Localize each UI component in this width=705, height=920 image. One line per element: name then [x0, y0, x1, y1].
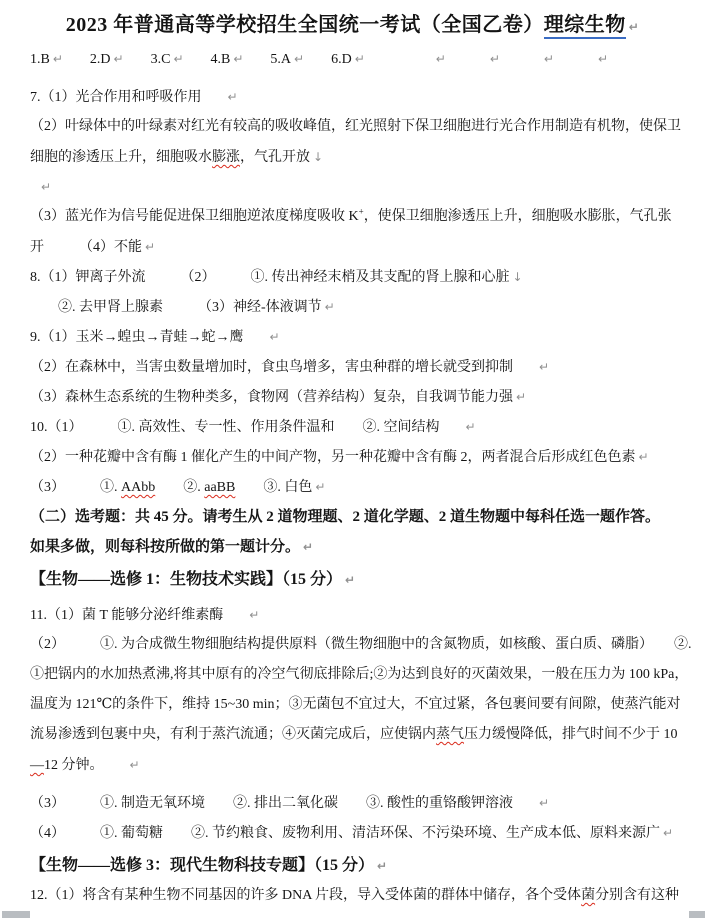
doc-line: （3） ①. 制造无氧环境 ②. 排出二氧化碳 ③. 酸性的重铬酸钾溶液↵ — [30, 788, 675, 818]
pilcrow-mark: ↵ — [345, 573, 355, 587]
doc-line: 11.（1）菌 T 能够分泌纤维素酶↵ — [30, 600, 675, 630]
misspelled-run: 菌 — [581, 888, 595, 903]
doc-line: 细胞的渗透压上升，细胞吸水膨涨，气孔开放↓ — [30, 142, 675, 172]
doc-line: —12 分钟。↵ — [30, 750, 675, 780]
pilcrow-mark: ↵ — [539, 796, 549, 810]
doc-line: （2）在森林中，当害虫数量增加时，食虫鸟增多，害虫种群的增长就受到抑制↵ — [30, 352, 675, 382]
text-run: （3） ①. 制造无氧环境 ②. 排出二氧化碳 ③. 酸性的重铬酸钾溶液 — [30, 796, 513, 811]
doc-line: （3）蓝光作为信号能促进保卫细胞逆浓度梯度吸收 K+，使保卫细胞渗透压上升，细胞… — [30, 202, 675, 232]
text-run: 9.（1）玉米→蝗虫→青蛙→蛇→鹰 — [30, 330, 244, 345]
doc-line: （2）叶绿体中的叶绿素对红光有较高的吸收峰值，红光照射下保卫细胞进行光合作用制造… — [30, 112, 675, 142]
pilcrow-mark: ↵ — [355, 52, 365, 66]
answer-item: 6.D↵ — [331, 52, 365, 67]
doc-line: 12.（1）将含有某种生物不同基因的许多 DNA 片段，导入受体菌的群体中储存，… — [30, 881, 675, 911]
title-underlined-subject: 理综生物 — [544, 14, 626, 39]
section-heading: （二）选考题：共 45 分。请考生从 2 道物理题、2 道化学题、2 道生物题中… — [30, 502, 675, 532]
text-run: 分别含有这种 — [595, 888, 679, 903]
misspelled-run: 膨涨 — [212, 150, 240, 165]
text-run: 细胞的渗透压上升，细胞吸水 — [30, 150, 212, 165]
doc-line: 流易渗透到包裹中央，有利于蒸汽流通；④灭菌完成后，应使锅内蒸气压力缓慢降低，排气… — [30, 720, 675, 750]
title-main: 2023 年普通高等学校招生全国统一考试（全国乙卷） — [66, 14, 544, 36]
doc-line: ②. 去甲肾上腺素 （3）神经-体液调节↵ — [30, 292, 675, 322]
text-run: 10.（1） ①. 高效性、专一性、作用条件温和 ②. 空间结构 — [30, 420, 440, 435]
doc-line: （4） ①. 葡萄糖 ②. 节约粮食、废物利用、清洁环保、不污染环境、生产成本低… — [30, 818, 675, 848]
pilcrow-mark: ↵ — [270, 330, 280, 344]
pilcrow-mark: ↵ — [228, 90, 238, 104]
empty-paragraph: ↵ — [30, 172, 675, 202]
text-run: 12.（1）将含有某种生物不同基因的许多 DNA 片段，导入受体菌的群体中储存，… — [30, 888, 581, 903]
text-run: 【生物——选修 3：现代生物科技专题】（15 分） — [30, 857, 374, 874]
answer-item: 1.B↵ — [30, 52, 63, 67]
pilcrow-mark: ↵ — [315, 480, 325, 494]
section-heading: 如果多做，则每科按所做的第一题计分。↵ — [30, 532, 675, 562]
pilcrow-mark: ↵ — [639, 450, 649, 464]
text-run: ③. 白色 — [235, 480, 312, 495]
pilcrow-mark: ↵ — [53, 52, 63, 66]
pilcrow-mark: ↵ — [436, 52, 446, 66]
pilcrow-mark: ↵ — [663, 826, 673, 840]
text-run: ②. — [155, 480, 204, 495]
pilcrow-mark: ↵ — [466, 420, 476, 434]
answer-item: 3.C↵ — [151, 52, 184, 67]
text-run: 11.（1）菌 T 能够分泌纤维素酶 — [30, 608, 223, 623]
answer-text: 2.D — [90, 52, 111, 67]
answer-text: 5.A — [270, 52, 291, 67]
pilcrow-mark: ↵ — [377, 859, 387, 873]
pilcrow-mark: ↵ — [598, 52, 608, 66]
text-run: 如果多做，则每科按所做的第一题计分。 — [30, 539, 300, 555]
text-run: （2）叶绿体中的叶绿素对红光有较高的吸收峰值，红光照射下保卫细胞进行光合作用制造… — [30, 119, 681, 134]
pilcrow-mark: ↵ — [544, 52, 554, 66]
misspelled-run: aaBB — [204, 480, 235, 495]
document-page: 2023 年普通高等学校招生全国统一考试（全国乙卷）理综生物↵ 1.B↵2.D↵… — [0, 0, 705, 911]
doc-line: 开 （4）不能↵ — [30, 232, 675, 262]
text-run: 压力缓慢降低，排气时间不少于 10 — [464, 727, 678, 742]
doc-line: （2）一种花瓣中含有酶 1 催化产生的中间产物，另一种花瓣中含有酶 2，两者混合… — [30, 442, 675, 472]
pilcrow-mark: ↵ — [114, 52, 124, 66]
section-heading-bio3: 【生物——选修 3：现代生物科技专题】（15 分）↵ — [30, 851, 675, 881]
pilcrow-mark: ↵ — [490, 52, 500, 66]
text-run: 12 分钟。 — [44, 758, 104, 773]
misspelled-run: — — [30, 758, 44, 773]
text-run: （二）选考题：共 45 分。请考生从 2 道物理题、2 道化学题、2 道生物题中… — [30, 509, 660, 525]
linebreak-mark: ↓ — [313, 150, 323, 164]
section-heading-bio1: 【生物——选修 1：生物技术实践】（15 分）↵ — [30, 565, 675, 595]
text-run: ，使保卫细胞渗透压上升，细胞吸水膨胀，气孔张 — [364, 209, 672, 224]
text-run: （3） ①. — [30, 480, 121, 495]
pilcrow-mark: ↵ — [130, 758, 140, 772]
text-run: ②. 去甲肾上腺素 （3）神经-体液调节 — [30, 300, 322, 315]
linebreak-mark: ↓ — [513, 270, 523, 284]
text-run: （3）蓝光作为信号能促进保卫细胞逆浓度梯度吸收 K — [30, 209, 359, 224]
answer-item: 4.B↵ — [211, 52, 244, 67]
text-run: 【生物——选修 1：生物技术实践】（15 分） — [30, 571, 342, 588]
doc-line: 7.（1）光合作用和呼吸作用↵ — [30, 82, 675, 112]
pilcrow-mark: ↵ — [303, 540, 313, 554]
text-run: （2）在森林中，当害虫数量增加时，食虫鸟增多，害虫种群的增长就受到抑制 — [30, 360, 513, 375]
document-title: 2023 年普通高等学校招生全国统一考试（全国乙卷）理综生物↵ — [30, 6, 675, 44]
doc-line: （3）森林生态系统的生物种类多，食物网（营养结构）复杂，自我调节能力强↵ — [30, 382, 675, 412]
doc-line: （2） ①. 为合成微生物细胞结构提供原料（微生物细胞中的含氮物质，如核酸、蛋白… — [30, 630, 675, 660]
pilcrow-mark: ↵ — [516, 390, 526, 404]
misspelled-run: 蒸气 — [436, 727, 464, 742]
text-run: 8.（1）钾离子外流 （2） ①. 传出神经末梢及其支配的肾上腺和心脏 — [30, 270, 510, 285]
doc-line: （3） ①. AAbb ②. aaBB ③. 白色↵ — [30, 472, 675, 502]
bottom-right-gray-bar — [689, 911, 705, 918]
pilcrow-mark: ↵ — [173, 52, 183, 66]
answers-row: 1.B↵2.D↵3.C↵4.B↵5.A↵6.D↵↵↵↵↵ — [30, 44, 675, 74]
text-run: ，气孔开放 — [240, 150, 310, 165]
pilcrow-mark: ↵ — [233, 52, 243, 66]
text-run: （4） ①. 葡萄糖 ②. 节约粮食、废物利用、清洁环保、不污染环境、生产成本低… — [30, 826, 660, 841]
text-run: （2）一种花瓣中含有酶 1 催化产生的中间产物，另一种花瓣中含有酶 2，两者混合… — [30, 450, 636, 465]
text-run: （2） ①. 为合成微生物细胞结构提供原料（微生物细胞中的含氮物质，如核酸、蛋白… — [30, 637, 692, 652]
pilcrow-mark: ↵ — [249, 608, 259, 622]
text-run: 7.（1）光合作用和呼吸作用 — [30, 90, 202, 105]
pilcrow-mark: ↵ — [145, 240, 155, 254]
pilcrow-mark: ↵ — [294, 52, 304, 66]
text-run: （3）森林生态系统的生物种类多，食物网（营养结构）复杂，自我调节能力强 — [30, 390, 513, 405]
answer-text: 4.B — [211, 52, 231, 67]
bottom-left-gray-bar — [2, 911, 30, 918]
misspelled-run: AAbb — [121, 480, 155, 495]
doc-line: ①把锅内的水加热煮沸,将其中原有的冷空气彻底排除后;②为达到良好的灭菌效果，一般… — [30, 660, 675, 690]
pilcrow-mark: ↵ — [325, 300, 335, 314]
text-run: ①把锅内的水加热煮沸,将其中原有的冷空气彻底排除后;②为达到良好的灭菌效果，一般… — [30, 667, 688, 682]
text-run: 开 （4）不能 — [30, 240, 142, 255]
answer-item: 5.A↵ — [270, 52, 304, 67]
answer-item: 2.D↵ — [90, 52, 124, 67]
doc-line: 温度为 121℃的条件下，维持 15~30 min；③无菌包不宜过大，不宜过紧，… — [30, 690, 675, 720]
text-run: 温度为 121℃的条件下，维持 15~30 min；③无菌包不宜过大，不宜过紧，… — [30, 697, 681, 712]
pilcrow-mark: ↵ — [629, 20, 640, 34]
answer-text: 1.B — [30, 52, 50, 67]
doc-line: 8.（1）钾离子外流 （2） ①. 传出神经末梢及其支配的肾上腺和心脏↓ — [30, 262, 675, 292]
answer-text: 3.C — [151, 52, 171, 67]
doc-line: 9.（1）玉米→蝗虫→青蛙→蛇→鹰↵ — [30, 322, 675, 352]
doc-line: 10.（1） ①. 高效性、专一性、作用条件温和 ②. 空间结构↵ — [30, 412, 675, 442]
pilcrow-mark: ↵ — [539, 360, 549, 374]
pilcrow-mark: ↵ — [41, 180, 51, 194]
answer-text: 6.D — [331, 52, 352, 67]
text-run: 流易渗透到包裹中央，有利于蒸汽流通；④灭菌完成后，应使锅内 — [30, 727, 436, 742]
